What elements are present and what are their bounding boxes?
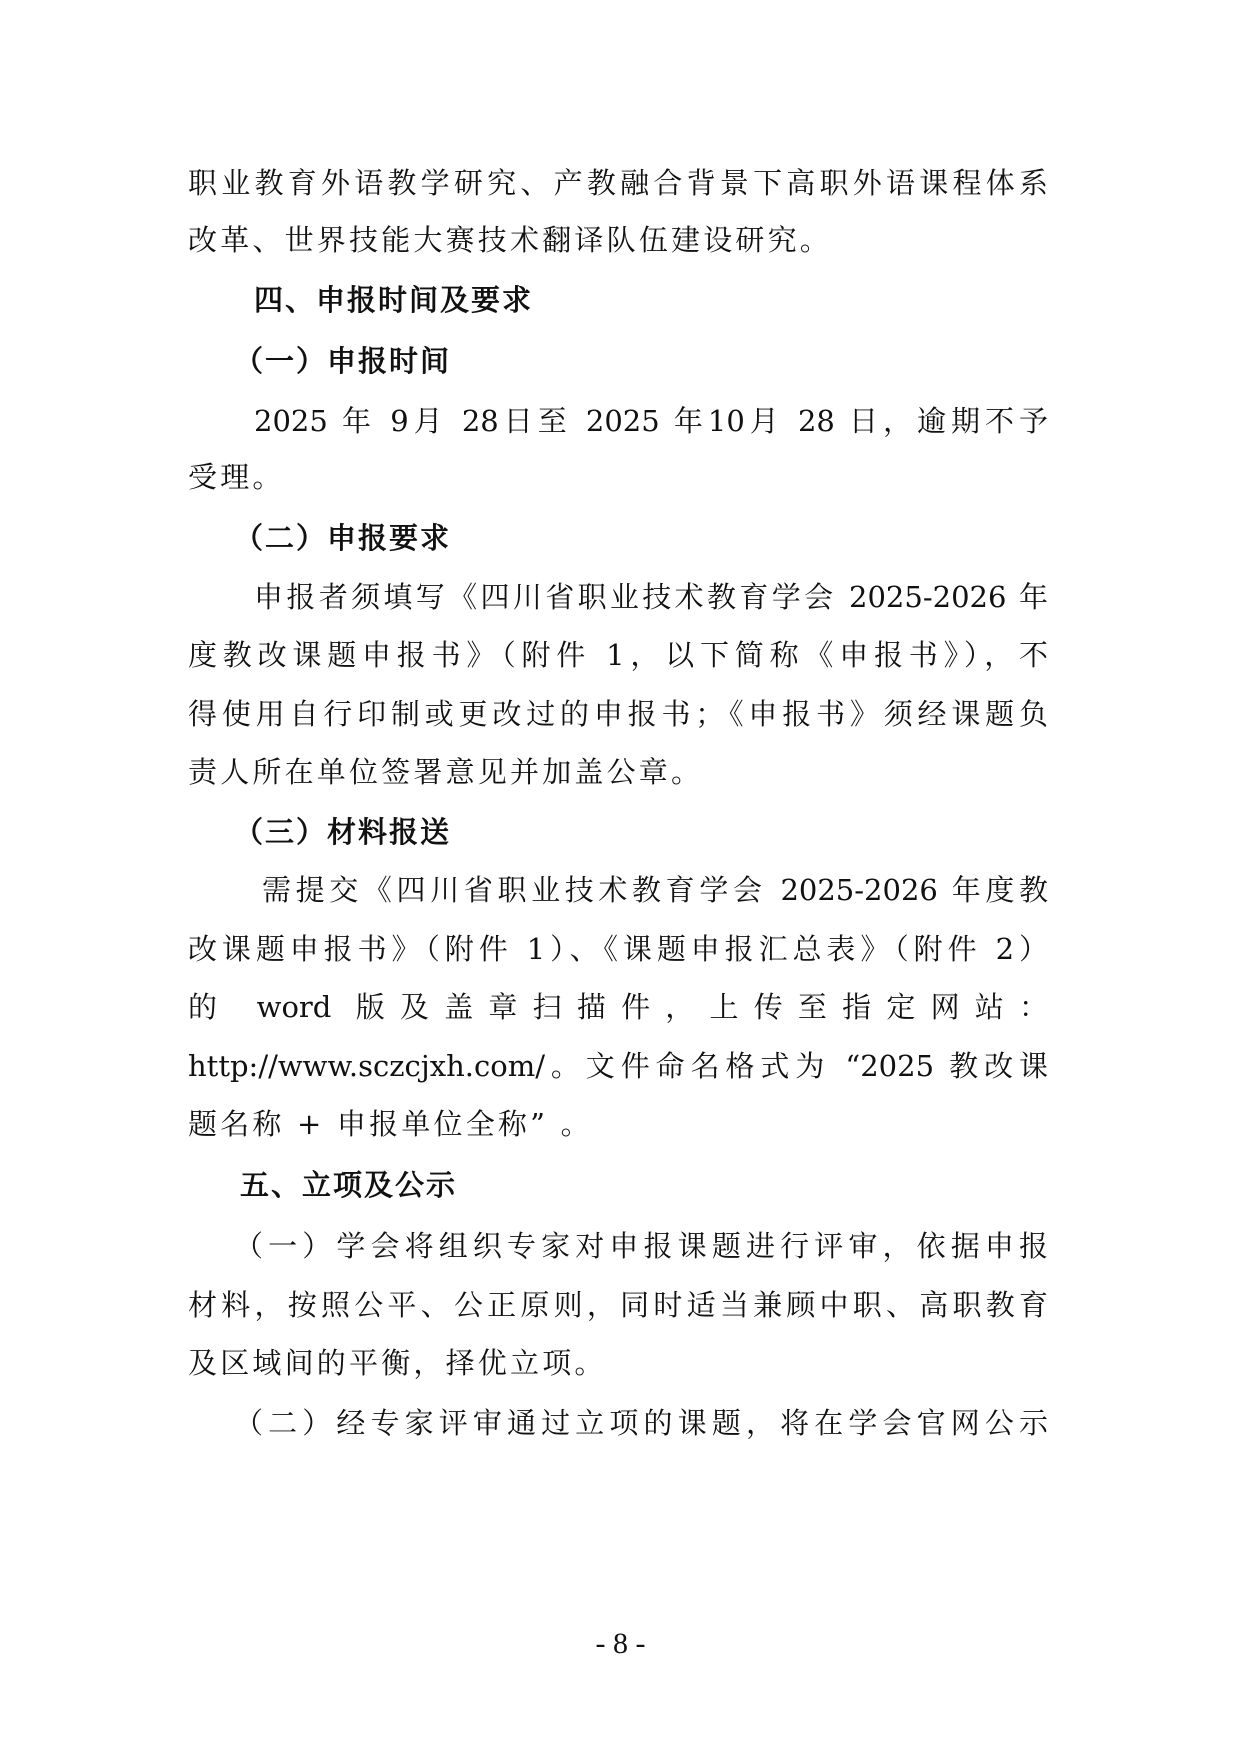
page-number: - 8 - [0, 1627, 1241, 1661]
body-text-line: 材料，按照公平、公正原则，同时适当兼顾中职、高职教育 [188, 1285, 1048, 1325]
body-text-line: 责人所在单位签署意见并加盖公章。 [188, 752, 1048, 792]
section-heading-4: 四、申报时间及要求 [254, 280, 1114, 320]
body-text-line: 题名称 + 申报单位全称” 。 [188, 1104, 1048, 1144]
subsection-heading-requirements: （二）申报要求 [234, 518, 1094, 558]
body-text-line: 需提交《四川省职业技术教育学会 2025-2026 年度教 [262, 870, 1048, 910]
section-heading-5: 五、立项及公示 [240, 1165, 1100, 1205]
body-text-line: （二）经专家评审通过立项的课题，将在学会官网公示 [234, 1403, 1048, 1443]
body-text-line: 及区域间的平衡，择优立项。 [188, 1343, 1048, 1383]
body-text-line: 得使用自行印制或更改过的申报书；《申报书》须经课题负 [188, 694, 1048, 734]
body-text-line: 的 word 版及盖章扫描件，上传至指定网站： [188, 987, 1048, 1027]
body-text-line: 改课题申报书》（附件 1）、《课题申报汇总表》（附件 2） [188, 929, 1048, 969]
body-text-line: 度教改课题申报书》（附件 1，以下简称《申报书》），不 [188, 635, 1048, 675]
subsection-heading-submission: （三）材料报送 [234, 812, 1094, 852]
body-text-line: 改革、世界技能大赛技术翻译队伍建设研究。 [188, 220, 1048, 260]
body-text-line-url: http://www.sczcjxh.com/。文件命名格式为 “2025 教改… [188, 1046, 1048, 1086]
body-text-line: 职业教育外语教学研究、产教融合背景下高职外语课程体系 [188, 163, 1048, 203]
subsection-heading-time: （一）申报时间 [234, 341, 1094, 381]
body-text-line: 2025 年 9月 28日至 2025 年10月 28 日，逾期不予 [254, 401, 1048, 441]
body-text-line: （一）学会将组织专家对申报课题进行评审，依据申报 [234, 1226, 1048, 1266]
document-page: 职业教育外语教学研究、产教融合背景下高职外语课程体系 改革、世界技能大赛技术翻译… [0, 0, 1241, 1754]
body-text-line: 申报者须填写《四川省职业技术教育学会 2025-2026 年 [254, 577, 1048, 617]
body-text-line: 受理。 [188, 457, 1048, 497]
